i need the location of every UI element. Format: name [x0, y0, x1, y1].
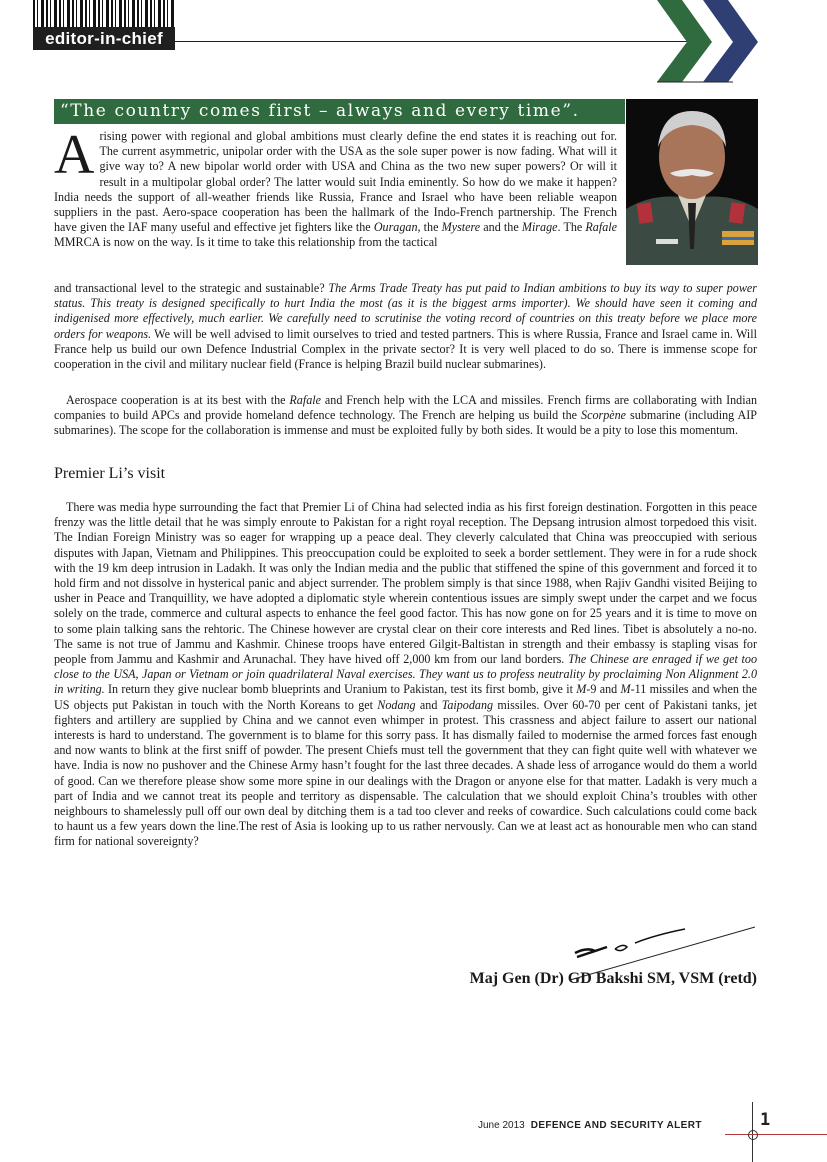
- text-run: MMRCA is now on the way. Is it time to t…: [54, 235, 437, 249]
- page-number: 1: [760, 1110, 770, 1130]
- portrait-illustration: [626, 99, 758, 265]
- issue-date: June 2013: [478, 1120, 525, 1131]
- registration-mark-icon: [748, 1130, 758, 1140]
- article-paragraph-2: Aerospace cooperation is at its best wit…: [54, 393, 757, 439]
- author-photo: [626, 99, 758, 265]
- text-run: -9 and: [586, 682, 620, 696]
- italic-text: Ouragan: [374, 220, 418, 234]
- pull-quote-banner: “The country comes first – always and ev…: [54, 99, 625, 124]
- italic-text: Nodang: [377, 698, 415, 712]
- green-chevron-icon: [657, 0, 712, 82]
- article-paragraph-1: Arising power with regional and global a…: [54, 129, 617, 251]
- text-run: and: [416, 698, 442, 712]
- text-run: In return they give nuclear bomb bluepri…: [105, 682, 577, 696]
- italic-text: M: [576, 682, 586, 696]
- section-subheading: Premier Li’s visit: [54, 465, 165, 483]
- italic-text: Mystere: [442, 220, 481, 234]
- italic-text: Rafale: [585, 220, 617, 234]
- text-run: . The: [557, 220, 585, 234]
- double-chevron-icon: [655, 0, 760, 84]
- crop-mark-horizontal: [725, 1134, 827, 1135]
- italic-text: M: [621, 682, 631, 696]
- article-paragraph-3: There was media hype surrounding the fac…: [54, 500, 757, 850]
- text-run: missiles. Over 60-70 per cent of Pakista…: [54, 698, 757, 849]
- paragraph-1-text: rising power with regional and global am…: [54, 129, 617, 249]
- drop-cap: A: [54, 133, 94, 177]
- italic-text: Taipodang: [442, 698, 493, 712]
- text-run: We will be well advised to limit ourselv…: [54, 327, 757, 371]
- italic-text: Mirage: [522, 220, 558, 234]
- italic-text: Scorpène: [581, 408, 626, 422]
- author-byline: Maj Gen (Dr) GD Bakshi SM, VSM (retd): [440, 970, 757, 988]
- article-paragraph-1-continued: and transactional level to the strategic…: [54, 281, 757, 372]
- italic-text: Rafale: [289, 393, 321, 407]
- publication-name: DEFENCE AND SECURITY ALERT: [531, 1120, 702, 1131]
- text-run: , the: [418, 220, 442, 234]
- page-footer: June 2013DEFENCE AND SECURITY ALERT: [478, 1120, 702, 1131]
- text-run: and transactional level to the strategic…: [54, 281, 328, 295]
- header-rule: [175, 41, 707, 42]
- section-label: editor-in-chief: [33, 27, 175, 50]
- barcode-decoration: [33, 0, 175, 28]
- text-run: and the: [480, 220, 522, 234]
- text-run: rising power with regional and global am…: [54, 129, 617, 234]
- text-run: Aerospace cooperation is at its best wit…: [66, 393, 289, 407]
- text-run: There was media hype surrounding the fac…: [54, 500, 757, 666]
